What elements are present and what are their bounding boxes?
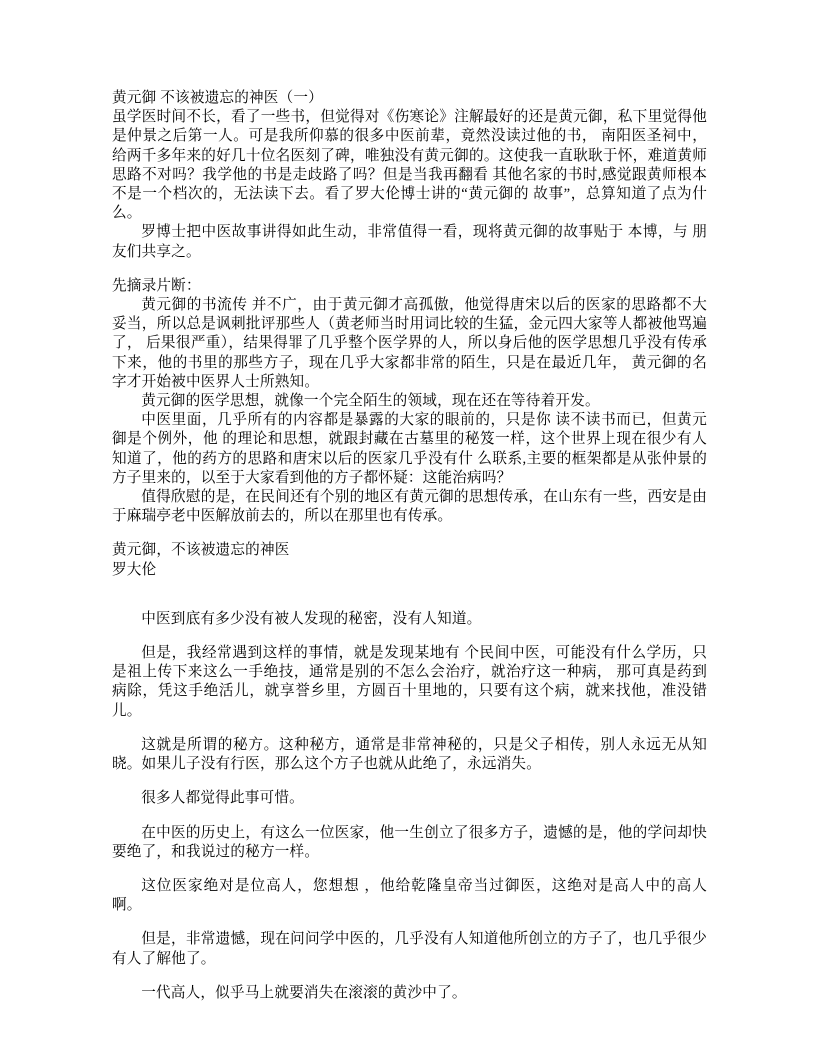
blank-line <box>112 862 707 877</box>
document-page: 黄元御 不该被遗忘的神医（一）虽学医时间不长，看了一些书，但觉得对《伤寒论》注解… <box>0 0 816 1056</box>
share-paragraph: 罗博士把中医故事讲得如此生动，非常值得一看，现将黄元御的故事贴于 本博，与 朋友… <box>112 223 707 261</box>
blank-line <box>112 595 707 610</box>
blank-line <box>112 580 707 595</box>
story-paragraph-2: 但是，我经常遇到这样的事情，就是发现某地有 个民间中医，可能没有什么学历，只是祖… <box>112 644 707 721</box>
blank-line <box>112 809 707 824</box>
blank-line <box>112 969 707 984</box>
story-paragraph-1: 中医到底有多少没有被人发现的秘密，没有人知道。 <box>112 610 707 629</box>
blank-line <box>112 526 707 541</box>
excerpt-paragraph-2: 黄元御的医学思想，就像一个完全陌生的领域，现在还在等待着开发。 <box>112 392 707 411</box>
document-content: 黄元御 不该被遗忘的神医（一）虽学医时间不长，看了一些书，但觉得对《伤寒论》注解… <box>112 89 707 1003</box>
story-paragraph-4: 很多人都觉得此事可惜。 <box>112 789 707 808</box>
blank-line <box>112 721 707 736</box>
story-paragraph-8: 一代高人，似乎马上就要消失在滚滚的黄沙中了。 <box>112 984 707 1003</box>
story-paragraph-3: 这就是所谓的秘方。这种秘方，通常是非常神秘的，只是父子相传，别人永远无从知晓。如… <box>112 736 707 774</box>
intro-paragraph: 虽学医时间不长，看了一些书，但觉得对《伤寒论》注解最好的还是黄元御，私下里觉得他… <box>112 108 707 223</box>
story-paragraph-6: 这位医家绝对是位高人，您想想 ，他给乾隆皇帝当过御医，这绝对是高人中的高人啊。 <box>112 877 707 915</box>
excerpt-paragraph-4: 值得欣慰的是，在民间还有个别的地区有黄元御的思想传承，在山东有一些，西安是由于麻… <box>112 488 707 526</box>
blank-line <box>112 774 707 789</box>
excerpt-paragraph-1: 黄元御的书流传 并不广，由于黄元御才高孤傲，他觉得唐宋以后的医家的思路都不大妥当… <box>112 296 707 392</box>
blank-line <box>112 262 707 277</box>
excerpt-heading: 先摘录片断： <box>112 277 707 296</box>
blank-line <box>112 629 707 644</box>
page-background: { "page": { "background": "#ffffff", "te… <box>0 0 816 1056</box>
story-paragraph-5: 在中医的历史上，有这么一位医家，他一生创立了很多方子，遗憾的是，他的学问却快要绝… <box>112 824 707 862</box>
story-author: 罗大伦 <box>112 561 707 580</box>
story-title: 黄元御，不该被遗忘的神医 <box>112 541 707 560</box>
article-title: 黄元御 不该被遗忘的神医（一） <box>112 89 707 108</box>
excerpt-paragraph-3: 中医里面，几乎所有的内容都是暴露的大家的眼前的，只是你 读不读书而已，但黄元御是… <box>112 411 707 488</box>
blank-line <box>112 915 707 930</box>
story-paragraph-7: 但是，非常遗憾，现在问问学中医的，几乎没有人知道他所创立的方子了，也几乎很少有人… <box>112 930 707 968</box>
